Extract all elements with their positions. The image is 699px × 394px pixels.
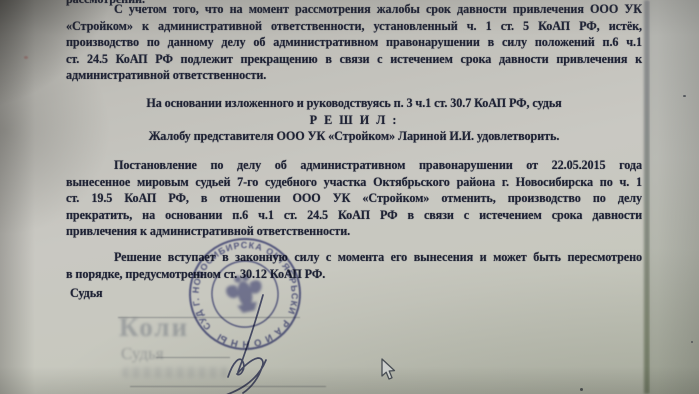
text-line: ст. 24.5 КоАП РФ подлежит прекращению в … bbox=[66, 51, 642, 68]
text-line: административной ответственности. bbox=[66, 67, 642, 84]
text-line: производство по данному делу об админист… bbox=[66, 34, 642, 51]
dust-speck bbox=[691, 341, 693, 343]
ruling-heading: Р Е Ш И Л : bbox=[66, 112, 642, 129]
text-line: вынесенное мировым судьей 7-го судебного… bbox=[66, 174, 642, 191]
text-line: привлечения к административной ответстве… bbox=[66, 223, 642, 240]
court-decision-photo: Коли Судья рассмотрении. С учетом того, … bbox=[0, 0, 699, 394]
text-line: ст. 19.5 КоАП РФ, в отношении ООО УК «Ст… bbox=[66, 190, 642, 207]
text-line: С учетом того, что на момент рассмотрени… bbox=[66, 1, 642, 18]
text-line: прекратить, на основании п.6 ч.1 ст. 24.… bbox=[66, 207, 642, 224]
paragraph-ruling: На основании изложенного и руководствуяс… bbox=[66, 95, 642, 145]
text-line: «Стройком» к административной ответствен… bbox=[66, 18, 642, 35]
dust-speck bbox=[580, 388, 583, 391]
document-text: рассмотрении. С учетом того, что на моме… bbox=[66, 0, 642, 394]
court-stamp-seal: СУД Г. НОВОСИБИРСКА ОКТЯБРЬСКИЙ РАЙОННЫЙ bbox=[171, 220, 318, 367]
dust-speck bbox=[24, 56, 28, 59]
text-line: Решение вступает в законную силу с момен… bbox=[66, 249, 642, 266]
text-line: Постановление по делу об административно… bbox=[66, 157, 642, 174]
paragraph-annulment: Постановление по делу об административно… bbox=[66, 157, 642, 240]
paragraph-limitation-period: С учетом того, что на момент рассмотрени… bbox=[66, 1, 642, 84]
ruling-intro-line: На основании изложенного и руководствуяс… bbox=[66, 95, 642, 112]
stamp-eagle-emblem bbox=[223, 271, 266, 315]
paragraph-entry-into-force: Решение вступает в законную силу с момен… bbox=[66, 249, 642, 282]
ruling-resolution-line: Жалобу представителя ООО УК «Стройком» Л… bbox=[66, 128, 642, 145]
background-surface bbox=[650, 0, 699, 394]
text-line: в порядке, предусмотренном ст. 30.12 КоА… bbox=[66, 266, 642, 283]
judge-label: Судья bbox=[70, 286, 103, 301]
mouse-cursor-icon bbox=[379, 357, 399, 382]
dust-speck bbox=[683, 95, 686, 97]
